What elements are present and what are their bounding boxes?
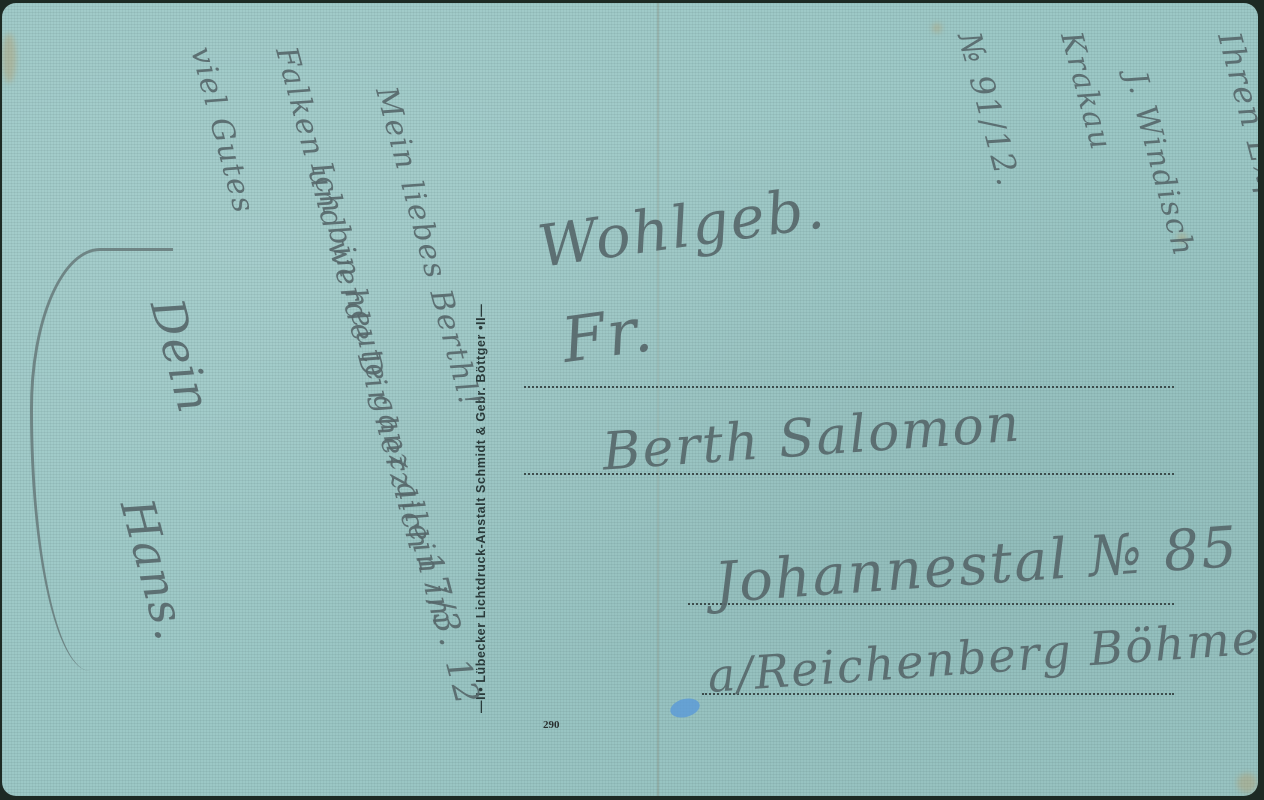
address-street: Johannestal № 85	[712, 515, 1241, 616]
sender-line: № 91/12.	[950, 28, 1028, 191]
address-line	[524, 386, 1174, 388]
sender-line: Krakau	[1053, 28, 1118, 155]
postcard-back: —II• Lübecker Lichtdruck-Anstalt Schmidt…	[2, 3, 1258, 796]
card-number: 290	[543, 719, 560, 731]
age-stain	[2, 33, 16, 83]
address-salutation: Wohlgeb.	[534, 173, 830, 281]
fold-crease	[657, 3, 659, 796]
address-title: Fr.	[557, 292, 658, 377]
age-stain	[932, 23, 942, 33]
address-city: a/Reichenberg Böhmen.	[706, 607, 1258, 703]
address-recipient-name: Berth Salomon	[600, 393, 1023, 482]
sender-line: Ihren Exp. Hans	[1210, 28, 1258, 322]
age-stain	[1237, 773, 1257, 793]
blue-ink-mark	[668, 695, 702, 720]
message-line: viel Gutes	[183, 43, 261, 218]
sender-line: J. Windisch	[1118, 68, 1201, 261]
